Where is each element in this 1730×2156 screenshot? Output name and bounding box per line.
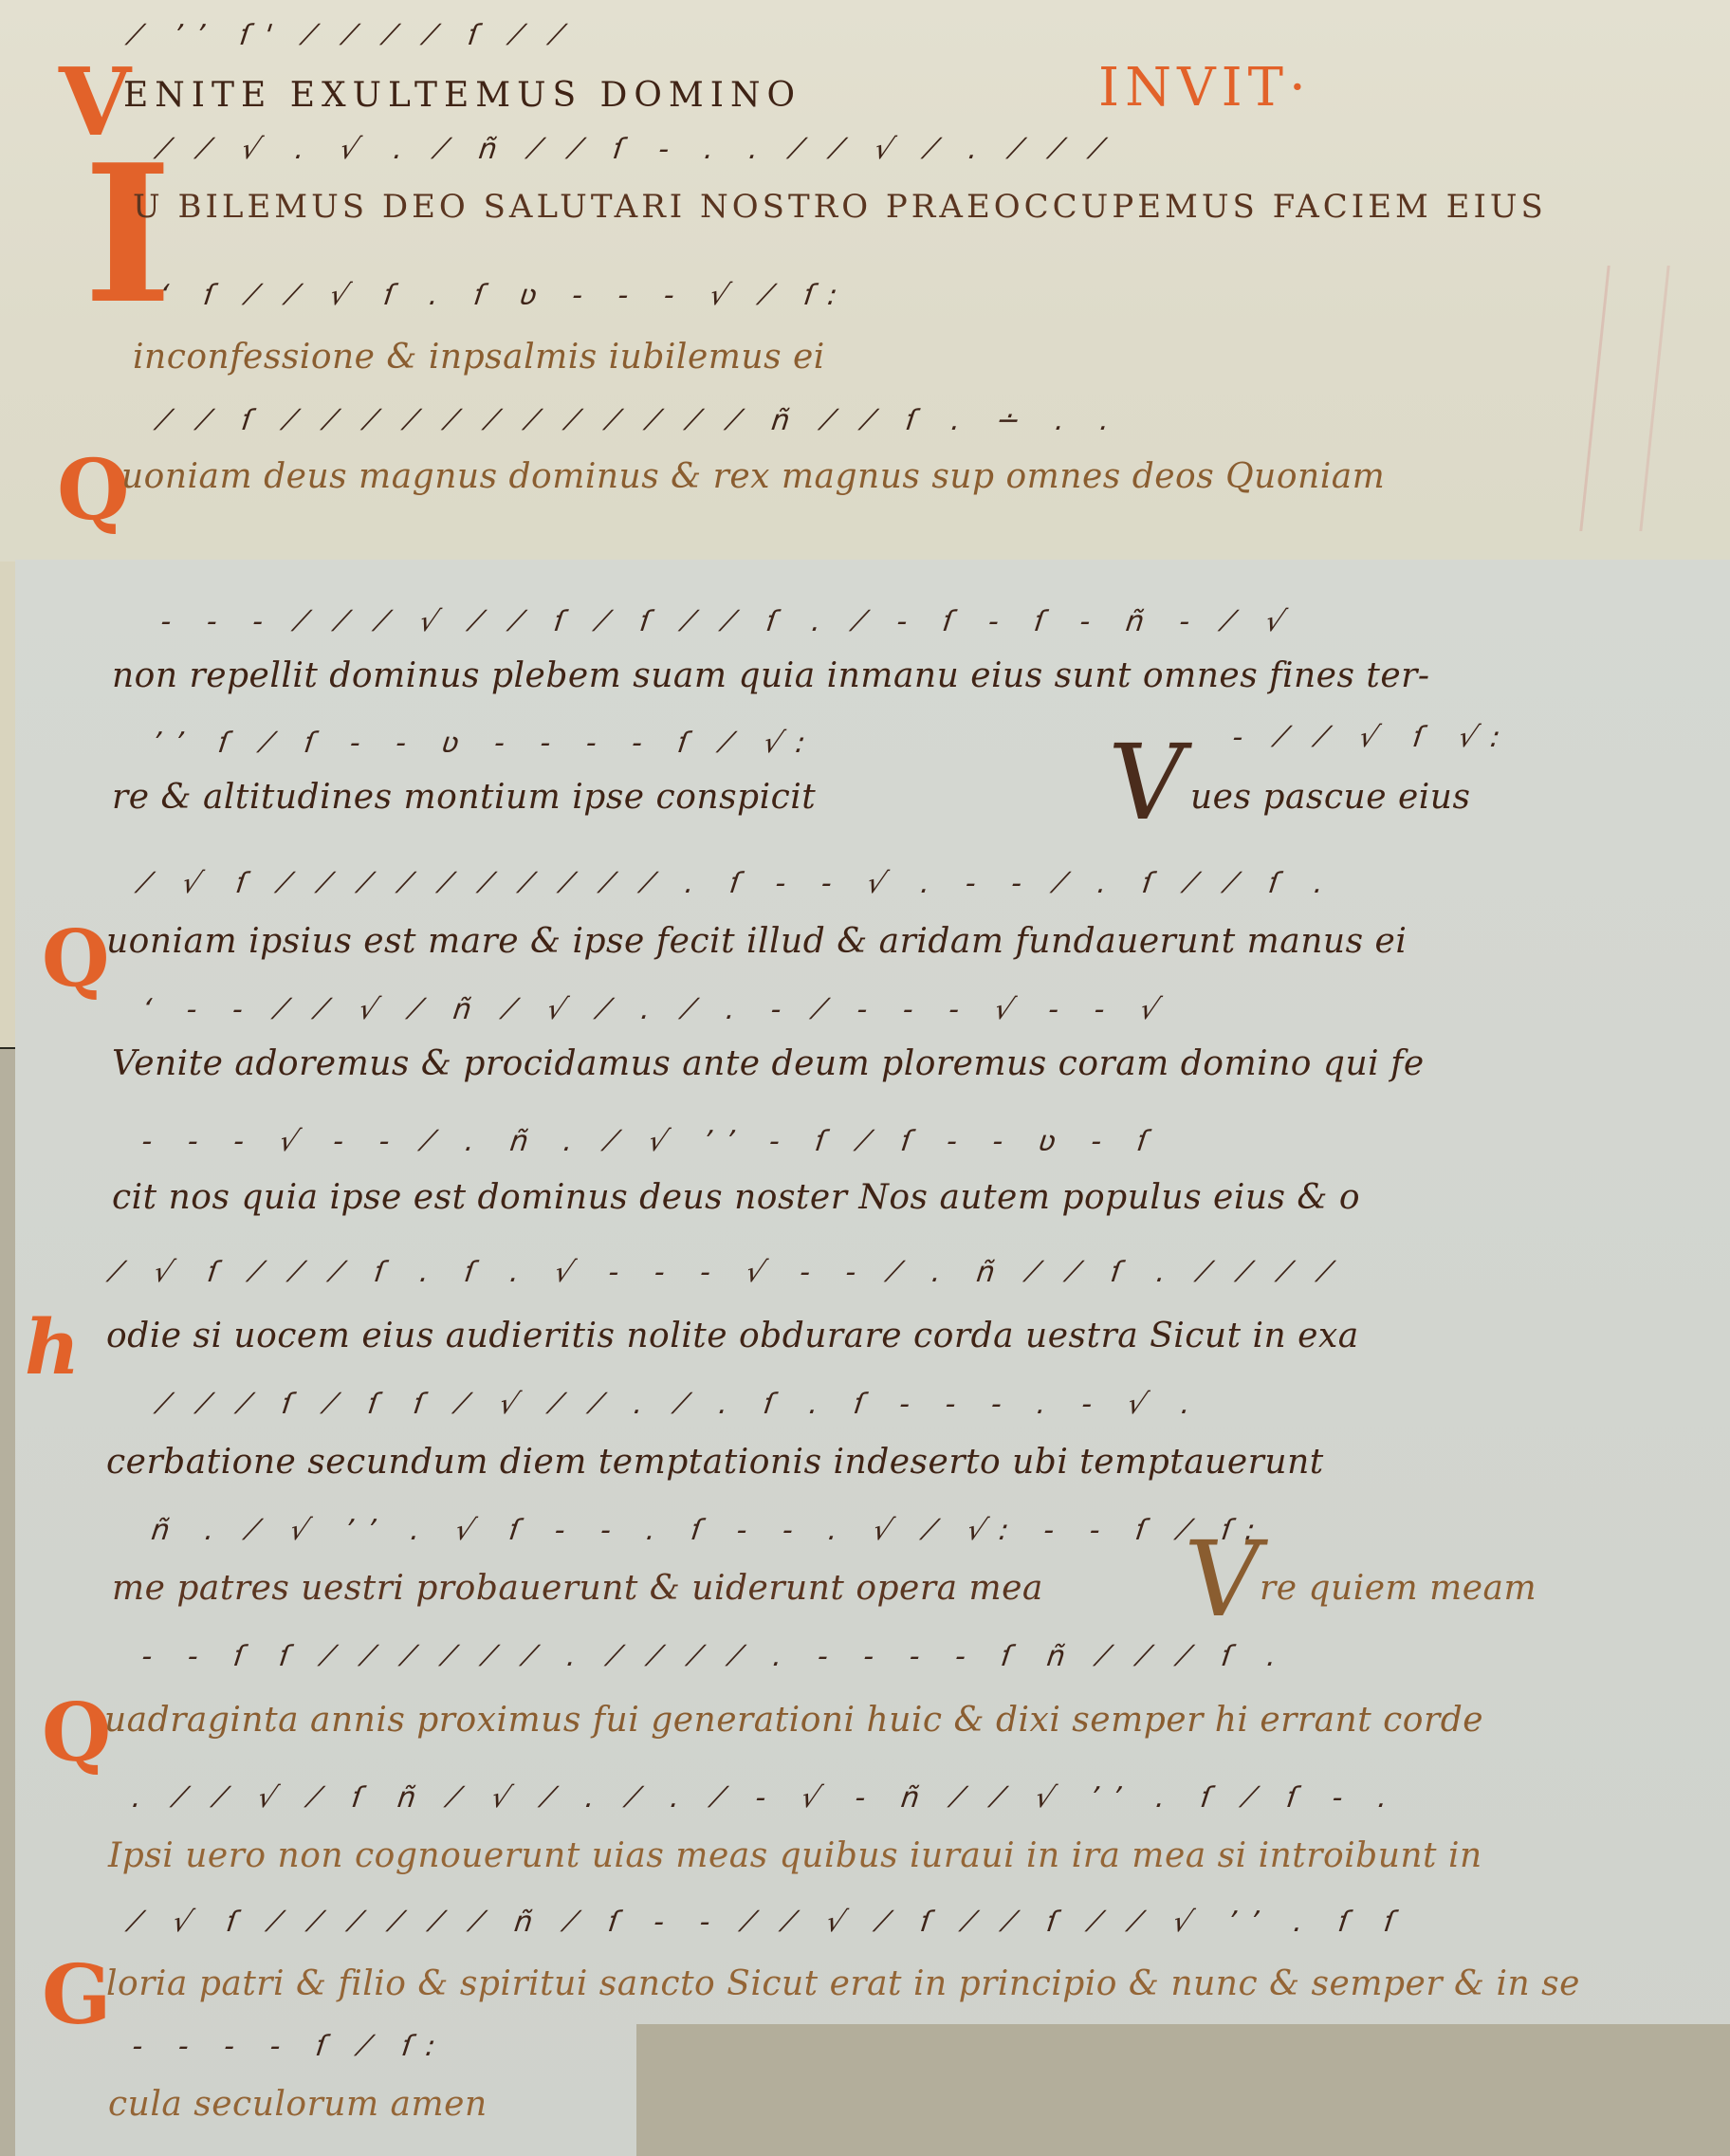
chant-text: Venite adoremus & procidamus ante deum p… — [112, 1044, 1425, 1083]
chant-line-5: - - - ⁄ ⁄ ⁄ √ ⁄ ⁄ ſ ⁄ ſ ⁄ ⁄ ſ . ⁄ - ſ - … — [0, 598, 1730, 711]
chant-text: cula seculorum amen — [108, 2085, 488, 2124]
chant-text: uadraginta annis proximus fui generation… — [104, 1701, 1483, 1740]
chant-line-7: ⁄ √ ſ ⁄ ⁄ ⁄ ⁄ ⁄ ⁄ ⁄ ⁄ ⁄ ⁄ . ſ - - √ . - … — [0, 863, 1730, 977]
initial-q: Q — [57, 448, 130, 531]
neume-row: ⁄ ⁄ √ . √ . ⁄ ñ ⁄ ⁄ ſ - . . ⁄ ⁄ √ ⁄ . ⁄ … — [156, 133, 1117, 166]
neume-row: ʻ - - ⁄ ⁄ √ ⁄ ñ ⁄ √ ⁄ . ⁄ . - ⁄ - - - √ … — [137, 993, 1177, 1026]
neume-row: - - - - ſ ⁄ ſ: — [127, 2030, 453, 2063]
chant-line-6: ʼʼ ſ ⁄ ſ - - ʋ - - - - ſ ⁄ √: re & altit… — [0, 721, 1730, 835]
chant-text: cerbatione secundum diem temptationis in… — [106, 1443, 1324, 1482]
chant-text: me patres uestri probauerunt & uiderunt … — [112, 1569, 1043, 1608]
neume-row: ⁄ ⁄ ⁄ ſ ⁄ ſ ſ ⁄ √ ⁄ ⁄ . ⁄ . ſ . ſ - - - … — [156, 1388, 1209, 1421]
versicle-mark: V — [1178, 1527, 1268, 1631]
chant-line-1: ⁄ ʼʼ ſ' ⁄ ⁄ ⁄ ⁄ ſ ⁄ ⁄ V ENITE EXULTEMUS … — [0, 19, 1730, 133]
neume-row: ñ . ⁄ √ ʼʼ . √ ſ - - . ſ - - . √ ⁄ √: - … — [146, 1514, 1273, 1547]
neume-row: - - ſ ſ ⁄ ⁄ ⁄ ⁄ ⁄ ⁄ . ⁄ ⁄ ⁄ ⁄ . - - - - … — [137, 1640, 1295, 1673]
chant-line-12: ñ . ⁄ √ ʼʼ . √ ſ - - . ſ - - . √ ⁄ √: - … — [0, 1508, 1730, 1622]
chant-text: odie si uocem eius audieritis nolite obd… — [106, 1317, 1359, 1355]
initial-q: Q — [42, 1693, 111, 1773]
chant-line-10: ⁄ √ ſ ⁄ ⁄ ⁄ ſ . ſ . √ - - - √ - - ⁄ . ñ … — [0, 1252, 1730, 1366]
chant-line-15: ⁄ √ ſ ⁄ ⁄ ⁄ ⁄ ⁄ ⁄ ñ ⁄ ſ - - ⁄ ⁄ √ ⁄ ſ ⁄ … — [0, 1902, 1730, 2016]
chant-line-9: - - - √ - - ⁄ . ñ . ⁄ √ ʼʼ - ſ ⁄ ſ - - ʋ… — [0, 1119, 1730, 1233]
initial-g: G — [42, 1955, 111, 2036]
neume-row: ⁄ √ ſ ⁄ ⁄ ⁄ ⁄ ⁄ ⁄ ñ ⁄ ſ - - ⁄ ⁄ √ ⁄ ſ ⁄ … — [127, 1906, 1413, 1939]
versicle-mark: V — [1102, 730, 1192, 835]
chant-line-8: ʻ - - ⁄ ⁄ √ ⁄ ñ ⁄ √ ⁄ . ⁄ . - ⁄ - - - √ … — [0, 991, 1730, 1105]
neume-row: ⁄ √ ſ ⁄ ⁄ ⁄ ſ . ſ . √ - - - √ - - ⁄ . ñ … — [108, 1256, 1346, 1289]
chant-text: non repellit dominus plebem suam quia in… — [112, 656, 1430, 695]
initial-q: Q — [42, 920, 109, 998]
chant-line-2: ⁄ ⁄ √ . √ . ⁄ ñ ⁄ ⁄ ſ - . . ⁄ ⁄ √ ⁄ . ⁄ … — [0, 133, 1730, 247]
neume-row: ʻ ſ ⁄ ⁄ √ ſ . ſ ʋ - - - √ ⁄ ſ: — [154, 279, 856, 312]
chant-text: Ipsi uero non cognouerunt uias meas quib… — [108, 1836, 1482, 1875]
verse-text: re quiem meam — [1260, 1569, 1537, 1608]
chant-text: U BILEMUS DEO SALUTARI NOSTRO PRAEOCCUPE… — [133, 188, 1547, 226]
chant-text: loria patri & filio & spiritui sancto Si… — [106, 1964, 1580, 2003]
chant-line-4: ⁄ ⁄ ſ ⁄ ⁄ ⁄ ⁄ ⁄ ⁄ ⁄ ⁄ ⁄ ⁄ ⁄ ⁄ ñ ⁄ ⁄ ſ . … — [0, 398, 1730, 512]
incipit-text: ENITE EXULTEMUS DOMINO — [123, 76, 801, 115]
neume-row: . ⁄ ⁄ √ ⁄ ſ ñ ⁄ √ ⁄ . ⁄ . ⁄ - √ - ñ ⁄ ⁄ … — [127, 1781, 1406, 1815]
chant-text: uoniam deus magnus dominus & rex magnus … — [121, 457, 1385, 496]
rubric-invitatorium: INVIT· — [1098, 57, 1312, 119]
chant-line-11: ⁄ ⁄ ⁄ ſ ⁄ ſ ſ ⁄ √ ⁄ ⁄ . ⁄ . ſ . ſ - - - … — [0, 1380, 1730, 1494]
chant-text: re & altitudines montium ipse conspicit — [112, 778, 816, 817]
neume-row: - - - ⁄ ⁄ ⁄ √ ⁄ ⁄ ſ ⁄ ſ ⁄ ⁄ ſ . ⁄ - ſ - … — [156, 605, 1302, 638]
chant-text: cit nos quia ipse est dominus deus noste… — [112, 1178, 1360, 1217]
neume-row: ʼʼ ſ ⁄ ſ - - ʋ - - - - ſ ⁄ √: — [146, 727, 823, 760]
chant-text: inconfessione & inpsalmis iubilemus ei — [133, 338, 825, 377]
chant-line-14: . ⁄ ⁄ √ ⁄ ſ ñ ⁄ √ ⁄ . ⁄ . ⁄ - √ - ñ ⁄ ⁄ … — [0, 1774, 1730, 1888]
neume-row: ⁄ ʼʼ ſ' ⁄ ⁄ ⁄ ⁄ ſ ⁄ ⁄ — [127, 19, 578, 52]
verse-text: ues pascue eius — [1190, 778, 1470, 817]
chant-text: uoniam ipsius est mare & ipse fecit illu… — [106, 922, 1407, 961]
chant-line-3: ʻ ſ ⁄ ⁄ √ ſ . ſ ʋ - - - √ ⁄ ſ: inconfess… — [0, 275, 1730, 389]
neume-row: - - - √ - - ⁄ . ñ . ⁄ √ ʼʼ - ſ ⁄ ſ - - ʋ… — [137, 1125, 1166, 1158]
neume-row: ⁄ √ ſ ⁄ ⁄ ⁄ ⁄ ⁄ ⁄ ⁄ ⁄ ⁄ ⁄ . ſ - - √ . - … — [137, 867, 1342, 900]
blank-mask-block — [636, 2024, 1730, 2156]
chant-line-13: - - ſ ſ ⁄ ⁄ ⁄ ⁄ ⁄ ⁄ . ⁄ ⁄ ⁄ ⁄ . - - - - … — [0, 1636, 1730, 1750]
initial-h: h — [25, 1309, 80, 1385]
neume-row: ⁄ ⁄ ſ ⁄ ⁄ ⁄ ⁄ ⁄ ⁄ ⁄ ⁄ ⁄ ⁄ ⁄ ⁄ ñ ⁄ ⁄ ſ . … — [156, 404, 1128, 437]
neume-row: - ⁄ ⁄ √ ſ √: — [1227, 721, 1518, 754]
